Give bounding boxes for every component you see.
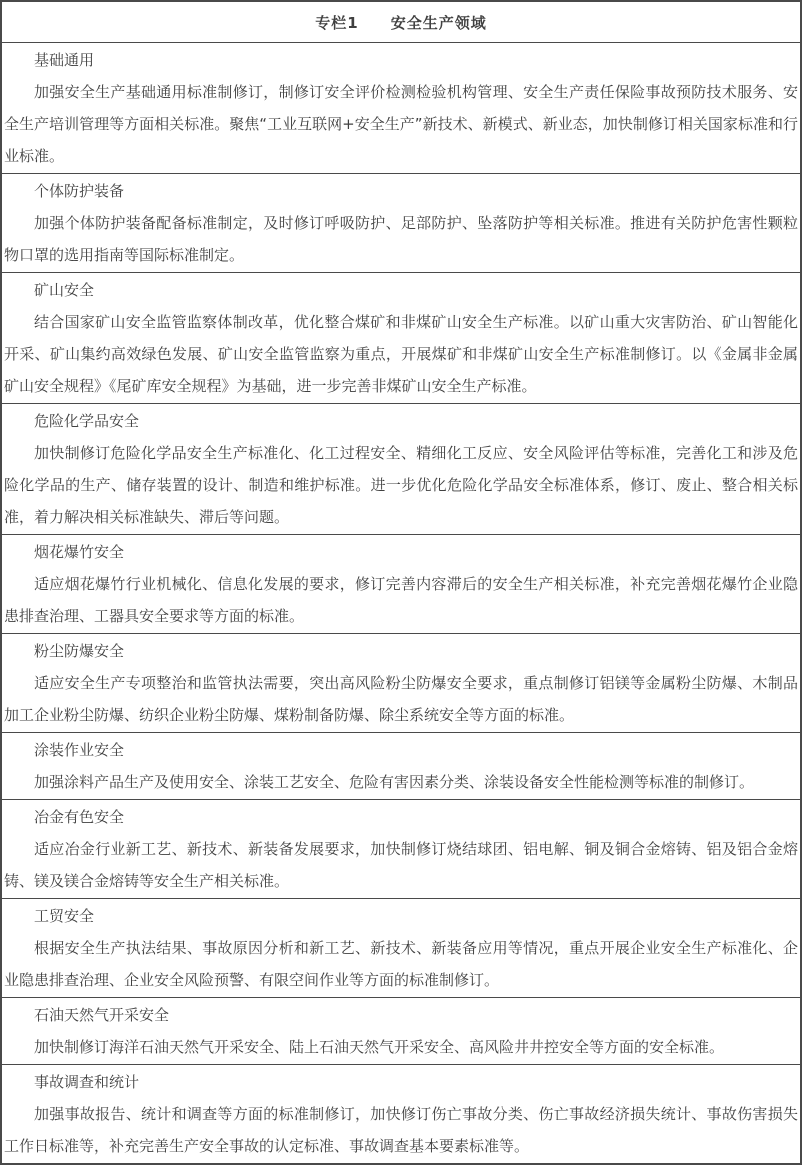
section-row-basic-general: 基础通用 加强安全生产基础通用标准制修订，制修订安全评价检测检验机构管理、安全生… [2, 43, 800, 174]
section-heading: 矿山安全 [4, 274, 798, 306]
section-row-fireworks-safety: 烟花爆竹安全 适应烟花爆竹行业机械化、信息化发展的要求，修订完善内容滞后的安全生… [2, 535, 800, 634]
section-heading: 粉尘防爆安全 [4, 635, 798, 667]
table-title: 专栏1 安全生产领域 [2, 2, 800, 43]
section-heading: 危险化学品安全 [4, 405, 798, 437]
section-row-accident-investigation-statistics: 事故调查和统计 加强事故报告、统计和调查等方面的标准制修订，加快修订伤亡事故分类… [2, 1065, 800, 1163]
section-heading: 事故调查和统计 [4, 1066, 798, 1098]
section-heading: 烟花爆竹安全 [4, 536, 798, 568]
section-heading: 基础通用 [4, 44, 798, 76]
section-body: 适应冶金行业新工艺、新技术、新装备发展要求，加快制修订烧结球团、铝电解、铜及铜合… [4, 833, 798, 897]
section-row-oil-gas-extraction-safety: 石油天然气开采安全 加快制修订海洋石油天然气开采安全、陆上石油天然气开采安全、高… [2, 998, 800, 1065]
section-row-metallurgy-nonferrous-safety: 冶金有色安全 适应冶金行业新工艺、新技术、新装备发展要求，加快制修订烧结球团、铝… [2, 800, 800, 899]
section-body: 加强安全生产基础通用标准制修订，制修订安全评价检测检验机构管理、安全生产责任保险… [4, 76, 798, 172]
section-body: 加快制修订海洋石油天然气开采安全、陆上石油天然气开采安全、高风险井井控安全等方面… [4, 1031, 798, 1063]
section-heading: 个体防护装备 [4, 175, 798, 207]
section-heading: 石油天然气开采安全 [4, 999, 798, 1031]
section-body: 根据安全生产执法结果、事故原因分析和新工艺、新技术、新装备应用等情况，重点开展企… [4, 932, 798, 996]
section-row-industry-trade-safety: 工贸安全 根据安全生产执法结果、事故原因分析和新工艺、新技术、新装备应用等情况，… [2, 899, 800, 998]
section-body: 适应烟花爆竹行业机械化、信息化发展的要求，修订完善内容滞后的安全生产相关标准，补… [4, 568, 798, 632]
safety-production-table: 专栏1 安全生产领域 基础通用 加强安全生产基础通用标准制修订，制修订安全评价检… [0, 0, 802, 1165]
section-row-hazardous-chemicals-safety: 危险化学品安全 加快制修订危险化学品安全生产标准化、化工过程安全、精细化工反应、… [2, 404, 800, 535]
section-body: 适应安全生产专项整治和监管执法需要，突出高风险粉尘防爆安全要求，重点制修订铝镁等… [4, 667, 798, 731]
section-heading: 工贸安全 [4, 900, 798, 932]
section-body: 加快制修订危险化学品安全生产标准化、化工过程安全、精细化工反应、安全风险评估等标… [4, 437, 798, 533]
section-row-dust-explosion-safety: 粉尘防爆安全 适应安全生产专项整治和监管执法需要，突出高风险粉尘防爆安全要求，重… [2, 634, 800, 733]
section-row-ppe: 个体防护装备 加强个体防护装备配备标准制定，及时修订呼吸防护、足部防护、坠落防护… [2, 174, 800, 273]
section-body: 加强涂料产品生产及使用安全、涂装工艺安全、危险有害因素分类、涂装设备安全性能检测… [4, 766, 798, 798]
section-heading: 涂装作业安全 [4, 734, 798, 766]
section-body: 结合国家矿山安全监管监察体制改革，优化整合煤矿和非煤矿山安全生产标准。以矿山重大… [4, 306, 798, 402]
section-body: 加强个体防护装备配备标准制定，及时修订呼吸防护、足部防护、坠落防护等相关标准。推… [4, 207, 798, 271]
section-row-mine-safety: 矿山安全 结合国家矿山安全监管监察体制改革，优化整合煤矿和非煤矿山安全生产标准。… [2, 273, 800, 404]
section-body: 加强事故报告、统计和调查等方面的标准制修订，加快修订伤亡事故分类、伤亡事故经济损… [4, 1098, 798, 1162]
section-heading: 冶金有色安全 [4, 801, 798, 833]
section-row-coating-operation-safety: 涂装作业安全 加强涂料产品生产及使用安全、涂装工艺安全、危险有害因素分类、涂装设… [2, 733, 800, 800]
